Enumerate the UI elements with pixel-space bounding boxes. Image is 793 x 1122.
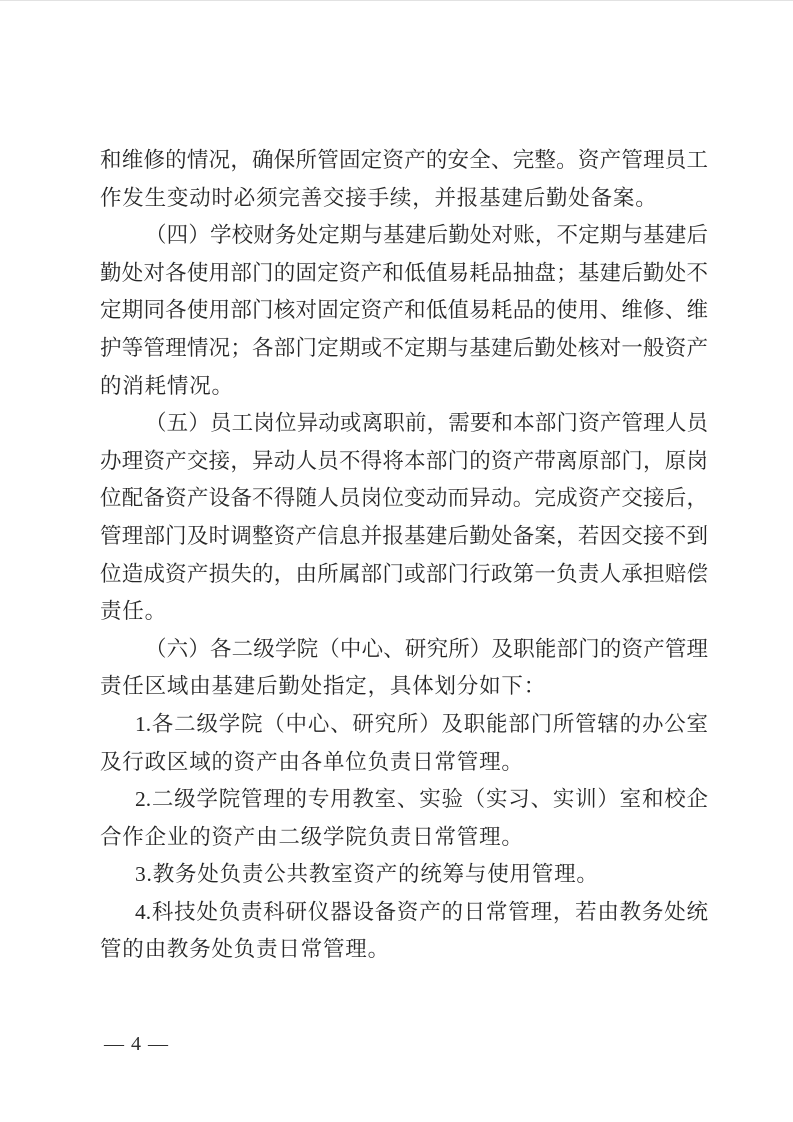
paragraph: 1.各二级学院（中心、研究所）及职能部门所管辖的办公室及行政区域的资产由各单位负… — [100, 706, 708, 781]
text-line: 位配备资产设备不得随人员岗位变动而异动。完成资产交接后， — [100, 480, 708, 518]
text-line: 勤处对各使用部门的固定资产和低值易耗品抽盘；基建后勤处不 — [100, 255, 708, 293]
text-line: 3.教务处负责公共教室资产的统筹与使用管理。 — [100, 856, 708, 894]
paragraph: 和维修的情况，确保所管固定资产的安全、完整。资产管理员工作发生变动时必须完善交接… — [100, 142, 708, 217]
text-line: 2.二级学院管理的专用教室、实验（实习、实训）室和校企 — [100, 781, 708, 819]
page-footer: — 4 — — [104, 1033, 169, 1056]
text-line: 管的由教务处负责日常管理。 — [100, 931, 708, 969]
text-line: （五）员工岗位异动或离职前，需要和本部门资产管理人员 — [100, 405, 708, 443]
text-line: 4.科技处负责科研仪器设备资产的日常管理，若由教务处统 — [100, 894, 708, 932]
text-line: 管理部门及时调整资产信息并报基建后勤处备案，若因交接不到 — [100, 518, 708, 556]
paragraph: 2.二级学院管理的专用教室、实验（实习、实训）室和校企合作企业的资产由二级学院负… — [100, 781, 708, 856]
text-line: 位造成资产损失的，由所属部门或部门行政第一负责人承担赔偿 — [100, 556, 708, 594]
text-line: 合作企业的资产由二级学院负责日常管理。 — [100, 819, 708, 857]
paragraph: 3.教务处负责公共教室资产的统筹与使用管理。 — [100, 856, 708, 894]
text-line: （六）各二级学院（中心、研究所）及职能部门的资产管理 — [100, 631, 708, 669]
paragraph: （五）员工岗位异动或离职前，需要和本部门资产管理人员办理资产交接，异动人员不得将… — [100, 405, 708, 631]
text-line: 责任区域由基建后勤处指定，具体划分如下： — [100, 668, 708, 706]
document-body: 和维修的情况，确保所管固定资产的安全、完整。资产管理员工作发生变动时必须完善交接… — [100, 142, 708, 969]
document-page: 和维修的情况，确保所管固定资产的安全、完整。资产管理员工作发生变动时必须完善交接… — [0, 0, 793, 1122]
page-number: — 4 — — [104, 1033, 169, 1055]
paragraph: （四）学校财务处定期与基建后勤处对账，不定期与基建后勤处对各使用部门的固定资产和… — [100, 217, 708, 405]
text-line: 和维修的情况，确保所管固定资产的安全、完整。资产管理员工 — [100, 142, 708, 180]
text-line: 责任。 — [100, 593, 708, 631]
text-line: 及行政区域的资产由各单位负责日常管理。 — [100, 744, 708, 782]
text-line: 的消耗情况。 — [100, 368, 708, 406]
text-line: 办理资产交接，异动人员不得将本部门的资产带离原部门，原岗 — [100, 443, 708, 481]
text-line: 定期同各使用部门核对固定资产和低值易耗品的使用、维修、维 — [100, 292, 708, 330]
paragraph: （六）各二级学院（中心、研究所）及职能部门的资产管理责任区域由基建后勤处指定，具… — [100, 631, 708, 706]
text-line: 护等管理情况；各部门定期或不定期与基建后勤处核对一般资产 — [100, 330, 708, 368]
text-line: （四）学校财务处定期与基建后勤处对账，不定期与基建后 — [100, 217, 708, 255]
text-line: 作发生变动时必须完善交接手续，并报基建后勤处备案。 — [100, 180, 708, 218]
paragraph: 4.科技处负责科研仪器设备资产的日常管理，若由教务处统管的由教务处负责日常管理。 — [100, 894, 708, 969]
text-line: 1.各二级学院（中心、研究所）及职能部门所管辖的办公室 — [100, 706, 708, 744]
